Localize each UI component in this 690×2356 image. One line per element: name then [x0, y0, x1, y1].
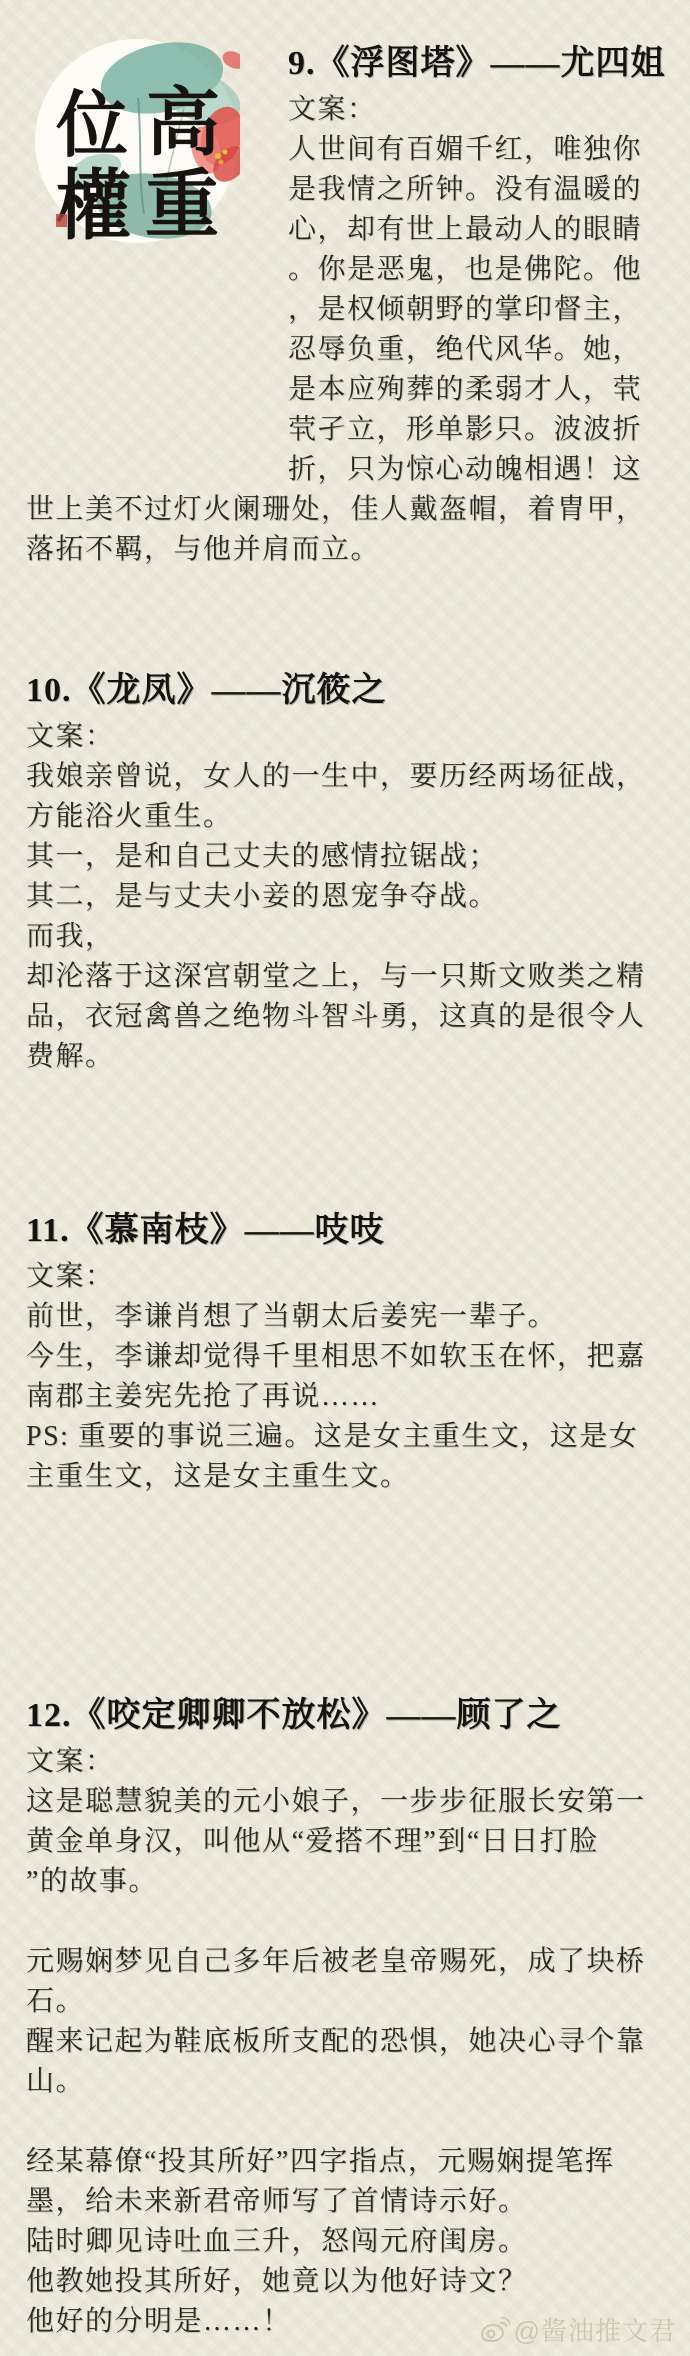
copy-label-12: 文案：	[26, 1742, 672, 1782]
book-section-10: 10.《龙凤》——沉筱之 文案： 我娘亲曾说，女人的一生中，要历经两场征战， 方…	[26, 665, 672, 1077]
book-title-11: 11.《慕南枝》——吱吱	[26, 1205, 672, 1257]
post-image: 位 高 權 重 9.《浮图塔》——尤四姐 文案： 人世间有百媚千红，唯独你 是我…	[0, 0, 690, 2356]
weibo-icon	[480, 2317, 510, 2343]
stamp-char-1: 位	[56, 86, 128, 166]
seal-stamp: 位 高 權 重	[34, 38, 240, 244]
book-section-12: 12.《咬定卿卿不放松》——顾了之 文案： 这是聪慧貌美的元小娘子，一步步征服长…	[26, 1690, 672, 2342]
stamp-char-3: 權	[55, 165, 131, 244]
book-section-11: 11.《慕南枝》——吱吱 文案： 前世，李谦肖想了当朝太后姜宪一辈子。 今生，李…	[26, 1205, 672, 1497]
stamp-char-4: 重	[145, 165, 219, 244]
copy-label-11: 文案：	[26, 1257, 672, 1297]
book-blurb-12: 这是聪慧貌美的元小娘子，一步步征服长安第一 黄金单身汉，叫他从“爱搭不理”到“日…	[26, 1782, 672, 2342]
book-blurb-11: 前世，李谦肖想了当朝太后姜宪一辈子。 今生，李谦却觉得千里相思不如软玉在怀，把嘉…	[26, 1297, 672, 1497]
red-seal-mark	[56, 214, 67, 227]
content-column: 位 高 權 重 9.《浮图塔》——尤四姐 文案： 人世间有百媚千红，唯独你 是我…	[0, 0, 690, 2342]
book-title-12: 12.《咬定卿卿不放松》——顾了之	[26, 1690, 672, 1742]
stamp-char-2: 高	[146, 83, 220, 165]
book-title-10: 10.《龙凤》——沉筱之	[26, 665, 672, 717]
copy-label-10: 文案：	[26, 717, 672, 757]
watermark-handle: @酱油推文君	[514, 2311, 676, 2348]
book-section-9: 位 高 權 重 9.《浮图塔》——尤四姐 文案： 人世间有百媚千红，唯独你 是我…	[26, 38, 672, 570]
stamp-area: 位 高 權 重	[26, 38, 288, 490]
book-blurb-10: 我娘亲曾说，女人的一生中，要历经两场征战， 方能浴火重生。 其一，是和自己丈夫的…	[26, 757, 672, 1077]
watermark: @酱油推文君	[480, 2311, 676, 2348]
